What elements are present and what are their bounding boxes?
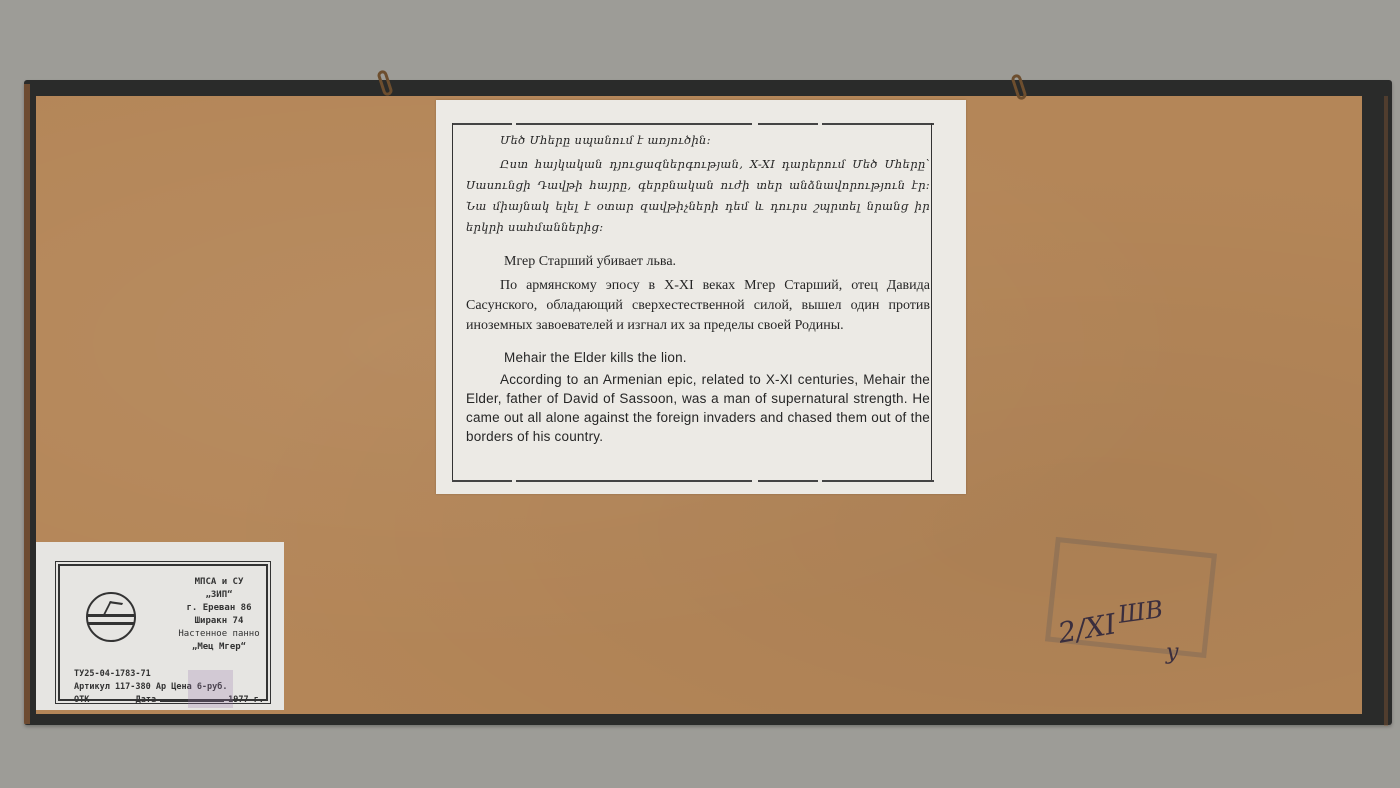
manufacturer-address: МПСА и СУ „ЗИП“ г. Ереван 86 Ширакн 74 Н… [164,576,274,654]
frame-edge-right [1384,96,1388,726]
russian-title: Мгер Старший убивает льва. [466,252,930,272]
description-label: Մեծ Մհերը սպանում է առյուծին։ Ըստ հայկակ… [436,100,966,494]
russian-body: По армянскому эпосу в X-XI веках Мгер Ст… [466,276,930,336]
otk-mark: ОТК [74,695,89,705]
maker-line: Ширакн 74 [164,615,274,628]
armenian-body: Ըստ հայկական դյուցազներգության, X-XI դար… [466,154,930,238]
english-body: According to an Armenian epic, related t… [466,370,930,446]
handwritten-mark: у [1166,640,1179,665]
frame-edge-left [24,84,30,724]
production-year: 1977 г. [228,695,264,705]
manufacturer-specs: ТУ25-04-1783-71 Артикул 117-380 Ар Цена … [74,668,274,707]
factory-logo-icon [86,592,136,642]
date-label: Дата [136,695,156,705]
maker-line: МПСА и СУ [164,576,274,589]
maker-line: „ЗИП“ [164,589,274,602]
article-price: Артикул 117-380 Ар Цена 6-руб. [74,681,274,694]
maker-line: Настенное панно [164,628,274,641]
otk-date-row: ОТК Дата1977 г. [74,694,274,707]
spec-code: ТУ25-04-1783-71 [74,668,274,681]
label-rule-bottom [452,480,934,482]
inspection-stamp [188,670,233,708]
armenian-title: Մեծ Մհերը սպանում է առյուծին։ [466,130,930,151]
manufacturer-label: МПСА и СУ „ЗИП“ г. Ереван 86 Ширакн 74 Н… [36,542,284,710]
maker-line: г. Ереван 86 [164,602,274,615]
english-title: Mehair the Elder kills the lion. [466,348,930,367]
maker-line: „Мец Мгер“ [164,641,274,654]
manufacturer-label-border: МПСА и СУ „ЗИП“ г. Ереван 86 Ширакн 74 Н… [58,564,268,701]
